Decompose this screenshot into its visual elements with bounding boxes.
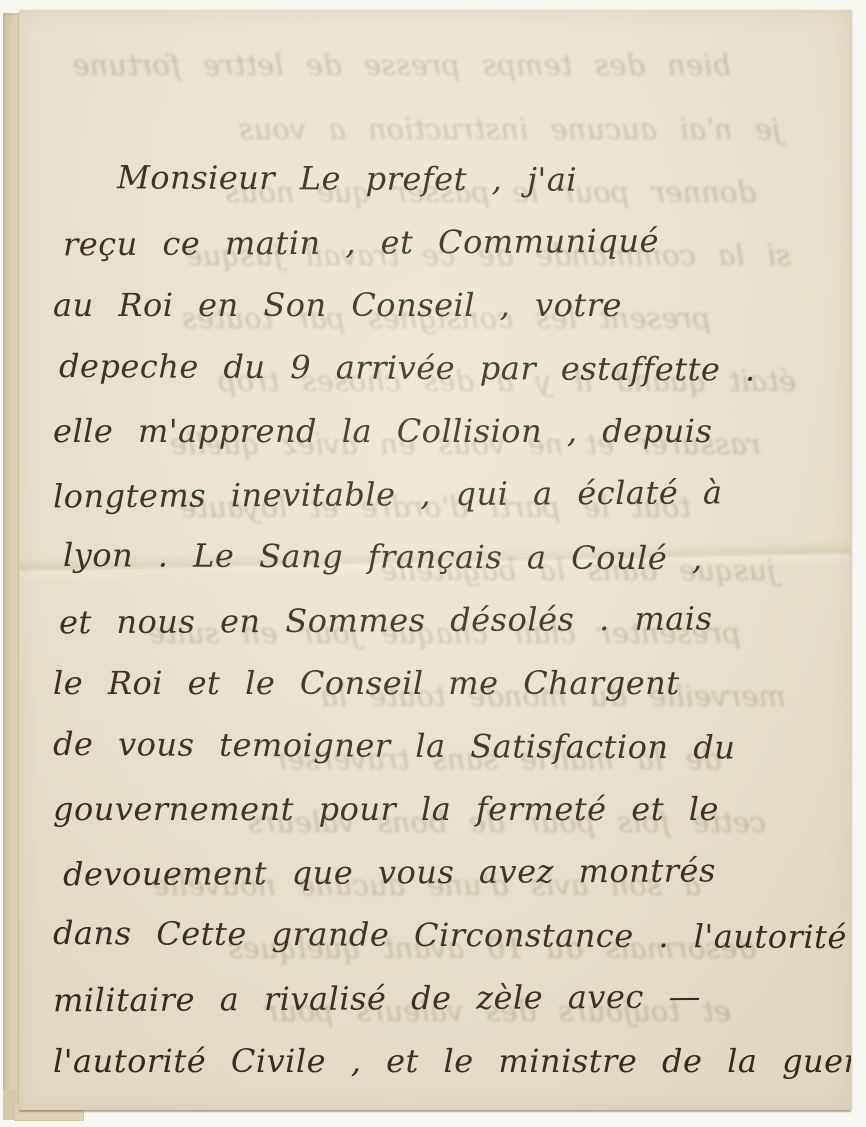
letter-line-13: dans Cette grande Circonstance . l'autor… xyxy=(53,902,843,969)
scanned-letter: bien des temps presse de lettre fortune … xyxy=(0,0,866,1127)
letter-line-15: l'autorité Civile , et le ministre de la… xyxy=(53,1030,843,1093)
letter-line-7: lyon . Le Sang français a Coulé , xyxy=(63,524,843,591)
letter-line-8: et nous en Sommes désolés . mais xyxy=(59,587,843,655)
letter-page: bien des temps presse de lettre fortune … xyxy=(19,10,851,1110)
letter-line-6: longtems inevitable , qui a éclaté à xyxy=(53,461,843,529)
letter-text: Monsieur Le prefet , j'ai reçu ce matin … xyxy=(53,148,843,1093)
letter-line-1: Monsieur Le prefet , j'ai xyxy=(53,146,843,213)
letter-line-9: le Roi et le Conseil me Chargent xyxy=(53,652,843,715)
letter-line-11: gouvernement pour la fermeté et le xyxy=(53,778,843,841)
letter-line-12: devouement que vous avez montrés xyxy=(63,839,843,907)
underlying-page-edge xyxy=(3,13,20,1116)
letter-line-5: elle m'apprend la Collision , depuis xyxy=(53,400,843,463)
letter-line-3: au Roi en Son Conseil , votre xyxy=(53,274,843,337)
bleedthrough-line: je n'ai aucune instruction a vous xyxy=(239,112,781,146)
letter-line-10: de vous temoigner la Satisfaction du xyxy=(53,713,843,780)
bleedthrough-line: bien des temps presse de lettre fortune xyxy=(72,48,731,82)
letter-line-2: reçu ce matin , et Communiqué xyxy=(63,209,843,277)
letter-line-4: depeche du 9 arrivée par estaffette . xyxy=(59,335,843,402)
letter-line-14: militaire a rivalisé de zèle avec — xyxy=(53,965,843,1033)
